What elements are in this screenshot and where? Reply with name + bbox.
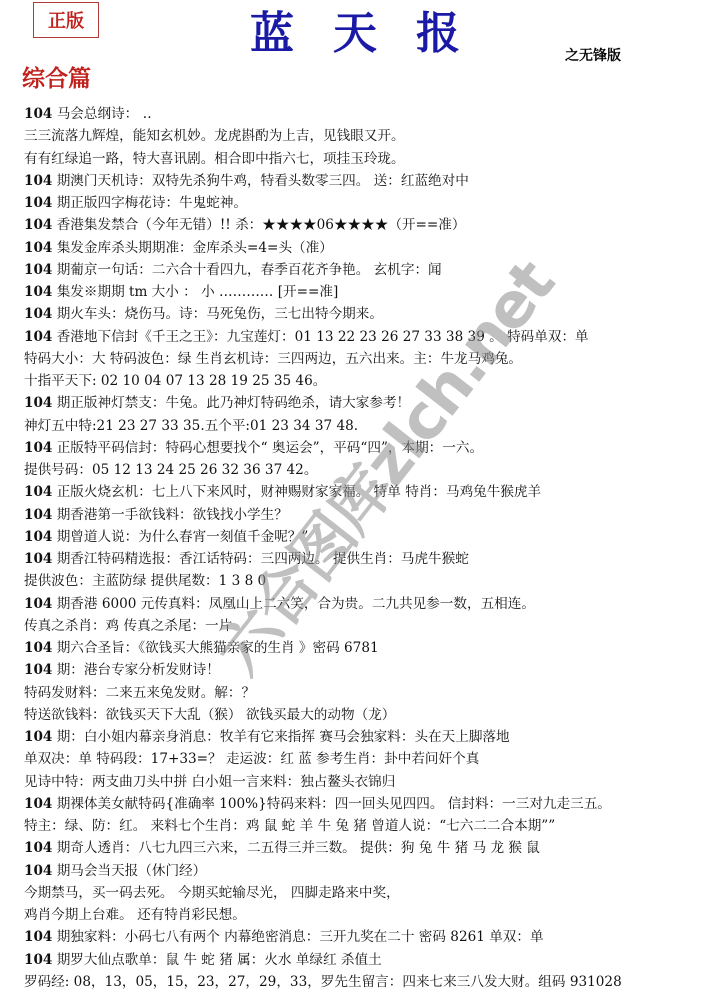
issue-number: 104 [24, 662, 52, 678]
text-line: 特码大小：大 特码波色：绿 生肖玄机诗：三四两边，五六出来。主：牛龙马鸡兔。 [24, 348, 714, 370]
line-text: 特码发财料：二来五来兔发财。解：？ [24, 685, 255, 701]
badge-label: 正版 [48, 7, 84, 33]
text-line: 104 期葡京一句话：二六合十看四九，春季百花齐争艳。 玄机字：闻 [24, 259, 714, 281]
line-text: 今期禁马，买一码去死。 今期买蛇输尽光， 四脚走路来中奖， [24, 885, 400, 901]
line-text: 单双决：单 特码段：17+33=？ 走运波：红 蓝 参考生肖：卦中若问奸个真 [24, 751, 479, 767]
line-text: 期火车头：烧伤马。诗：马死兔伤，三七出特今期来。 [52, 306, 383, 322]
issue-number: 104 [24, 952, 52, 968]
text-line: 104 期罗大仙点歌单：鼠 牛 蛇 猪 属：火水 单绿红 杀值土 [24, 949, 714, 971]
article-body: 104 马会总纲诗： ‥三三流落九辉煌，能知玄机妙。龙虎斟酌为上吉，见钱眼又开。… [24, 103, 714, 993]
text-line: 104 正版火烧玄机：七上八下来风时，财神赐财家家福。 特单 特肖：马鸡兔牛猴虎… [24, 481, 714, 503]
line-text: 三三流落九辉煌，能知玄机妙。龙虎斟酌为上吉，见钱眼又开。 [24, 128, 405, 144]
line-text: 期奇人透肖：八七九四三六来，二五得三并三数。 提供：狗 兔 牛 猪 马 龙 猴 … [52, 840, 539, 856]
issue-number: 104 [24, 640, 52, 656]
text-line: 提供号码：05 12 13 24 25 26 32 36 37 42。 [24, 459, 714, 481]
line-text: 罗码经: 08，13，05，15，23，27，29，33，罗先生留言：四来七来三… [24, 974, 622, 990]
issue-number: 104 [24, 507, 52, 523]
issue-number: 104 [24, 929, 52, 945]
line-text: 集发金库杀头期期准：金库杀头=4=头（准） [52, 240, 332, 256]
issue-number: 104 [24, 173, 52, 189]
line-text: 期香港 6000 元传真料：凤凰山上二六笑，合为贵。二九共见参一数，五相连。 [52, 596, 535, 612]
line-text: 鸡肖今期上台难。 还有特肖彩民想。 [24, 907, 246, 923]
text-line: 104 期正版四字梅花诗：牛鬼蛇神。 [24, 192, 714, 214]
line-text: 特送欲钱料：欲钱买天下大乱（猴） 欲钱买最大的动物（龙） [24, 707, 395, 723]
line-text: 期独家料：小码七八有两个 内幕绝密消息：三开九奖在二十 密码 8261 单双：单 [52, 929, 543, 945]
line-text: 期：港台专家分析发财诗！ [52, 662, 219, 678]
text-line: 104 期香江特码精选报：香江话特码：三四两边。 提供生肖：马虎牛猴蛇 [24, 548, 714, 570]
text-line: 罗码经: 08，13，05，15，23，27，29，33，罗先生留言：四来七来三… [24, 971, 714, 993]
line-text: 期正版四字梅花诗：牛鬼蛇神。 [52, 195, 247, 211]
issue-number: 104 [24, 596, 52, 612]
line-text: 期澳门天机诗：双特先杀狗牛鸡，特看头数零三四。 送：红蓝绝对中 [52, 173, 468, 189]
issue-number: 104 [24, 796, 52, 812]
line-text: 期：白小姐内幕亲身消息：牧羊有它来指挥 赛马会独家料：头在天上脚落地 [52, 729, 509, 745]
text-line: 特送欲钱料：欲钱买天下大乱（猴） 欲钱买最大的动物（龙） [24, 704, 714, 726]
text-line: 104 期香港 6000 元传真料：凤凰山上二六笑，合为贵。二九共见参一数，五相… [24, 593, 714, 615]
issue-number: 104 [24, 729, 52, 745]
text-line: 传真之杀肖：鸡 传真之杀尾：一片 [24, 615, 714, 637]
issue-number: 104 [24, 840, 52, 856]
line-text: 正版火烧玄机：七上八下来风时，财神赐财家家福。 特单 特肖：马鸡兔牛猴虎羊 [52, 484, 541, 500]
text-line: 104 集发金库杀头期期准：金库杀头=4=头（准） [24, 237, 714, 259]
text-line: 神灯五中特:21 23 27 33 35.五个平:01 23 34 37 48. [24, 415, 714, 437]
issue-number: 104 [24, 284, 52, 300]
line-text: 正版特平码信封：特码心想要找个“ 奥运会”，平码“四”，本期：一六。 [52, 440, 483, 456]
issue-number: 104 [24, 484, 52, 500]
line-text: 香港集发禁合（今年无错）!! 杀：★★★★06★★★★（开==准） [52, 217, 465, 233]
text-line: 104 期火车头：烧伤马。诗：马死兔伤，三七出特今期来。 [24, 303, 714, 325]
text-line: 鸡肖今期上台难。 还有特肖彩民想。 [24, 904, 714, 926]
text-line: 104 期澳门天机诗：双特先杀狗牛鸡，特看头数零三四。 送：红蓝绝对中 [24, 170, 714, 192]
text-line: 有有红绿追一路，特大喜讯剧。相合即中指六七，项挂玉玲珑。 [24, 148, 714, 170]
text-line: 单双决：单 特码段：17+33=？ 走运波：红 蓝 参考生肖：卦中若问奸个真 [24, 748, 714, 770]
text-line: 104 期马会当天报（休门经） [24, 860, 714, 882]
issue-number: 104 [24, 240, 52, 256]
text-line: 见诗中特：两支曲刀头中拼 白小姐一言来料：独占鳌头衣锦归 [24, 771, 714, 793]
text-line: 104 香港集发禁合（今年无错）!! 杀：★★★★06★★★★（开==准） [24, 214, 714, 236]
text-line: 104 集发※期期 tm 大小 ： 小 ………… [开==准] [24, 281, 714, 303]
text-line: 104 期正版神灯禁支：牛兔。此乃神灯特码绝杀，请大家参考！ [24, 392, 714, 414]
text-line: 104 期裸体美女献特码{准确率 100%}特码来料：四一回头见四四。 信封料：… [24, 793, 714, 815]
authentic-badge: 正版 [33, 2, 99, 38]
issue-number: 104 [24, 529, 52, 545]
line-text: 特码大小：大 特码波色：绿 生肖玄机诗：三四两边，五六出来。主：牛龙马鸡兔。 [24, 351, 522, 367]
text-line: 104 期曾道人说：为什么春宵一刻值千金呢？” [24, 526, 714, 548]
text-line: 特主：绿、防：红。 来料七个生肖：鸡 鼠 蛇 羊 牛 兔 猪 曾道人说：“七六二… [24, 815, 714, 837]
text-line: 三三流落九辉煌，能知玄机妙。龙虎斟酌为上吉，见钱眼又开。 [24, 125, 714, 147]
text-line: 特码发财料：二来五来兔发财。解：？ [24, 682, 714, 704]
issue-number: 104 [24, 306, 52, 322]
line-text: 十指平天下: 02 10 04 07 13 28 19 25 35 46。 [24, 373, 326, 389]
line-text: 期香江特码精选报：香江话特码：三四两边。 提供生肖：马虎牛猴蛇 [52, 551, 468, 567]
line-text: 马会总纲诗： ‥ [52, 106, 151, 122]
text-line: 104 期奇人透肖：八七九四三六来，二五得三并三数。 提供：狗 兔 牛 猪 马 … [24, 837, 714, 859]
title-char: 蓝 [250, 0, 294, 61]
section-heading: 综合篇 [22, 60, 91, 93]
line-text: 期葡京一句话：二六合十看四九，春季百花齐争艳。 玄机字：闻 [52, 262, 441, 278]
line-text: 提供波色：主蓝防绿 提供尾数：1 3 8 0 [24, 573, 266, 589]
text-line: 提供波色：主蓝防绿 提供尾数：1 3 8 0 [24, 570, 714, 592]
text-line: 104 期：港台专家分析发财诗！ [24, 659, 714, 681]
issue-number: 104 [24, 217, 52, 233]
line-text: 有有红绿追一路，特大喜讯剧。相合即中指六七，项挂玉玲珑。 [24, 151, 405, 167]
text-line: 104 期香港第一手欲钱料：欲钱找小学生？ [24, 504, 714, 526]
line-text: 提供号码：05 12 13 24 25 26 32 36 37 42。 [24, 462, 317, 478]
edition-label: 之无锋版 [565, 45, 621, 65]
issue-number: 104 [24, 262, 52, 278]
title-char: 天 [333, 0, 377, 61]
line-text: 期马会当天报（休门经） [52, 863, 206, 879]
line-text: 见诗中特：两支曲刀头中拼 白小姐一言来料：独占鳌头衣锦归 [24, 774, 395, 790]
issue-number: 104 [24, 106, 52, 122]
text-line: 十指平天下: 02 10 04 07 13 28 19 25 35 46。 [24, 370, 714, 392]
line-text: 期裸体美女献特码{准确率 100%}特码来料：四一回头见四四。 信封料：一三对九… [52, 796, 611, 812]
text-line: 104 香港地下信封《千王之王》：九宝莲灯：01 13 22 23 26 27 … [24, 326, 714, 348]
line-text: 期六合圣旨：《欲钱买大熊猫亲家的生肖 》密码 6781 [52, 640, 378, 656]
text-line: 104 期六合圣旨：《欲钱买大熊猫亲家的生肖 》密码 6781 [24, 637, 714, 659]
issue-number: 104 [24, 195, 52, 211]
line-text: 神灯五中特:21 23 27 33 35.五个平:01 23 34 37 48. [24, 418, 358, 434]
page-title: 蓝 天 报 [250, 4, 460, 54]
title-char: 报 [416, 0, 460, 61]
text-line: 今期禁马，买一码去死。 今期买蛇输尽光， 四脚走路来中奖， [24, 882, 714, 904]
line-text: 期正版神灯禁支：牛兔。此乃神灯特码绝杀，请大家参考！ [52, 395, 410, 411]
issue-number: 104 [24, 395, 52, 411]
issue-number: 104 [24, 551, 52, 567]
issue-number: 104 [24, 440, 52, 456]
line-text: 集发※期期 tm 大小 ： 小 ………… [开==准] [52, 284, 338, 300]
line-text: 传真之杀肖：鸡 传真之杀尾：一片 [24, 618, 232, 634]
text-line: 104 期独家料：小码七八有两个 内幕绝密消息：三开九奖在二十 密码 8261 … [24, 926, 714, 948]
text-line: 104 马会总纲诗： ‥ [24, 103, 714, 125]
text-line: 104 正版特平码信封：特码心想要找个“ 奥运会”，平码“四”，本期：一六。 [24, 437, 714, 459]
issue-number: 104 [24, 863, 52, 879]
line-text: 期香港第一手欲钱料：欲钱找小学生？ [52, 507, 287, 523]
text-line: 104 期：白小姐内幕亲身消息：牧羊有它来指挥 赛马会独家料：头在天上脚落地 [24, 726, 714, 748]
issue-number: 104 [24, 329, 52, 345]
line-text: 特主：绿、防：红。 来料七个生肖：鸡 鼠 蛇 羊 牛 兔 猪 曾道人说：“七六二… [24, 818, 555, 834]
line-text: 期罗大仙点歌单：鼠 牛 蛇 猪 属：火水 单绿红 杀值土 [52, 952, 381, 968]
line-text: 香港地下信封《千王之王》：九宝莲灯：01 13 22 23 26 27 33 3… [52, 329, 588, 345]
line-text: 期曾道人说：为什么春宵一刻值千金呢？” [52, 529, 308, 545]
